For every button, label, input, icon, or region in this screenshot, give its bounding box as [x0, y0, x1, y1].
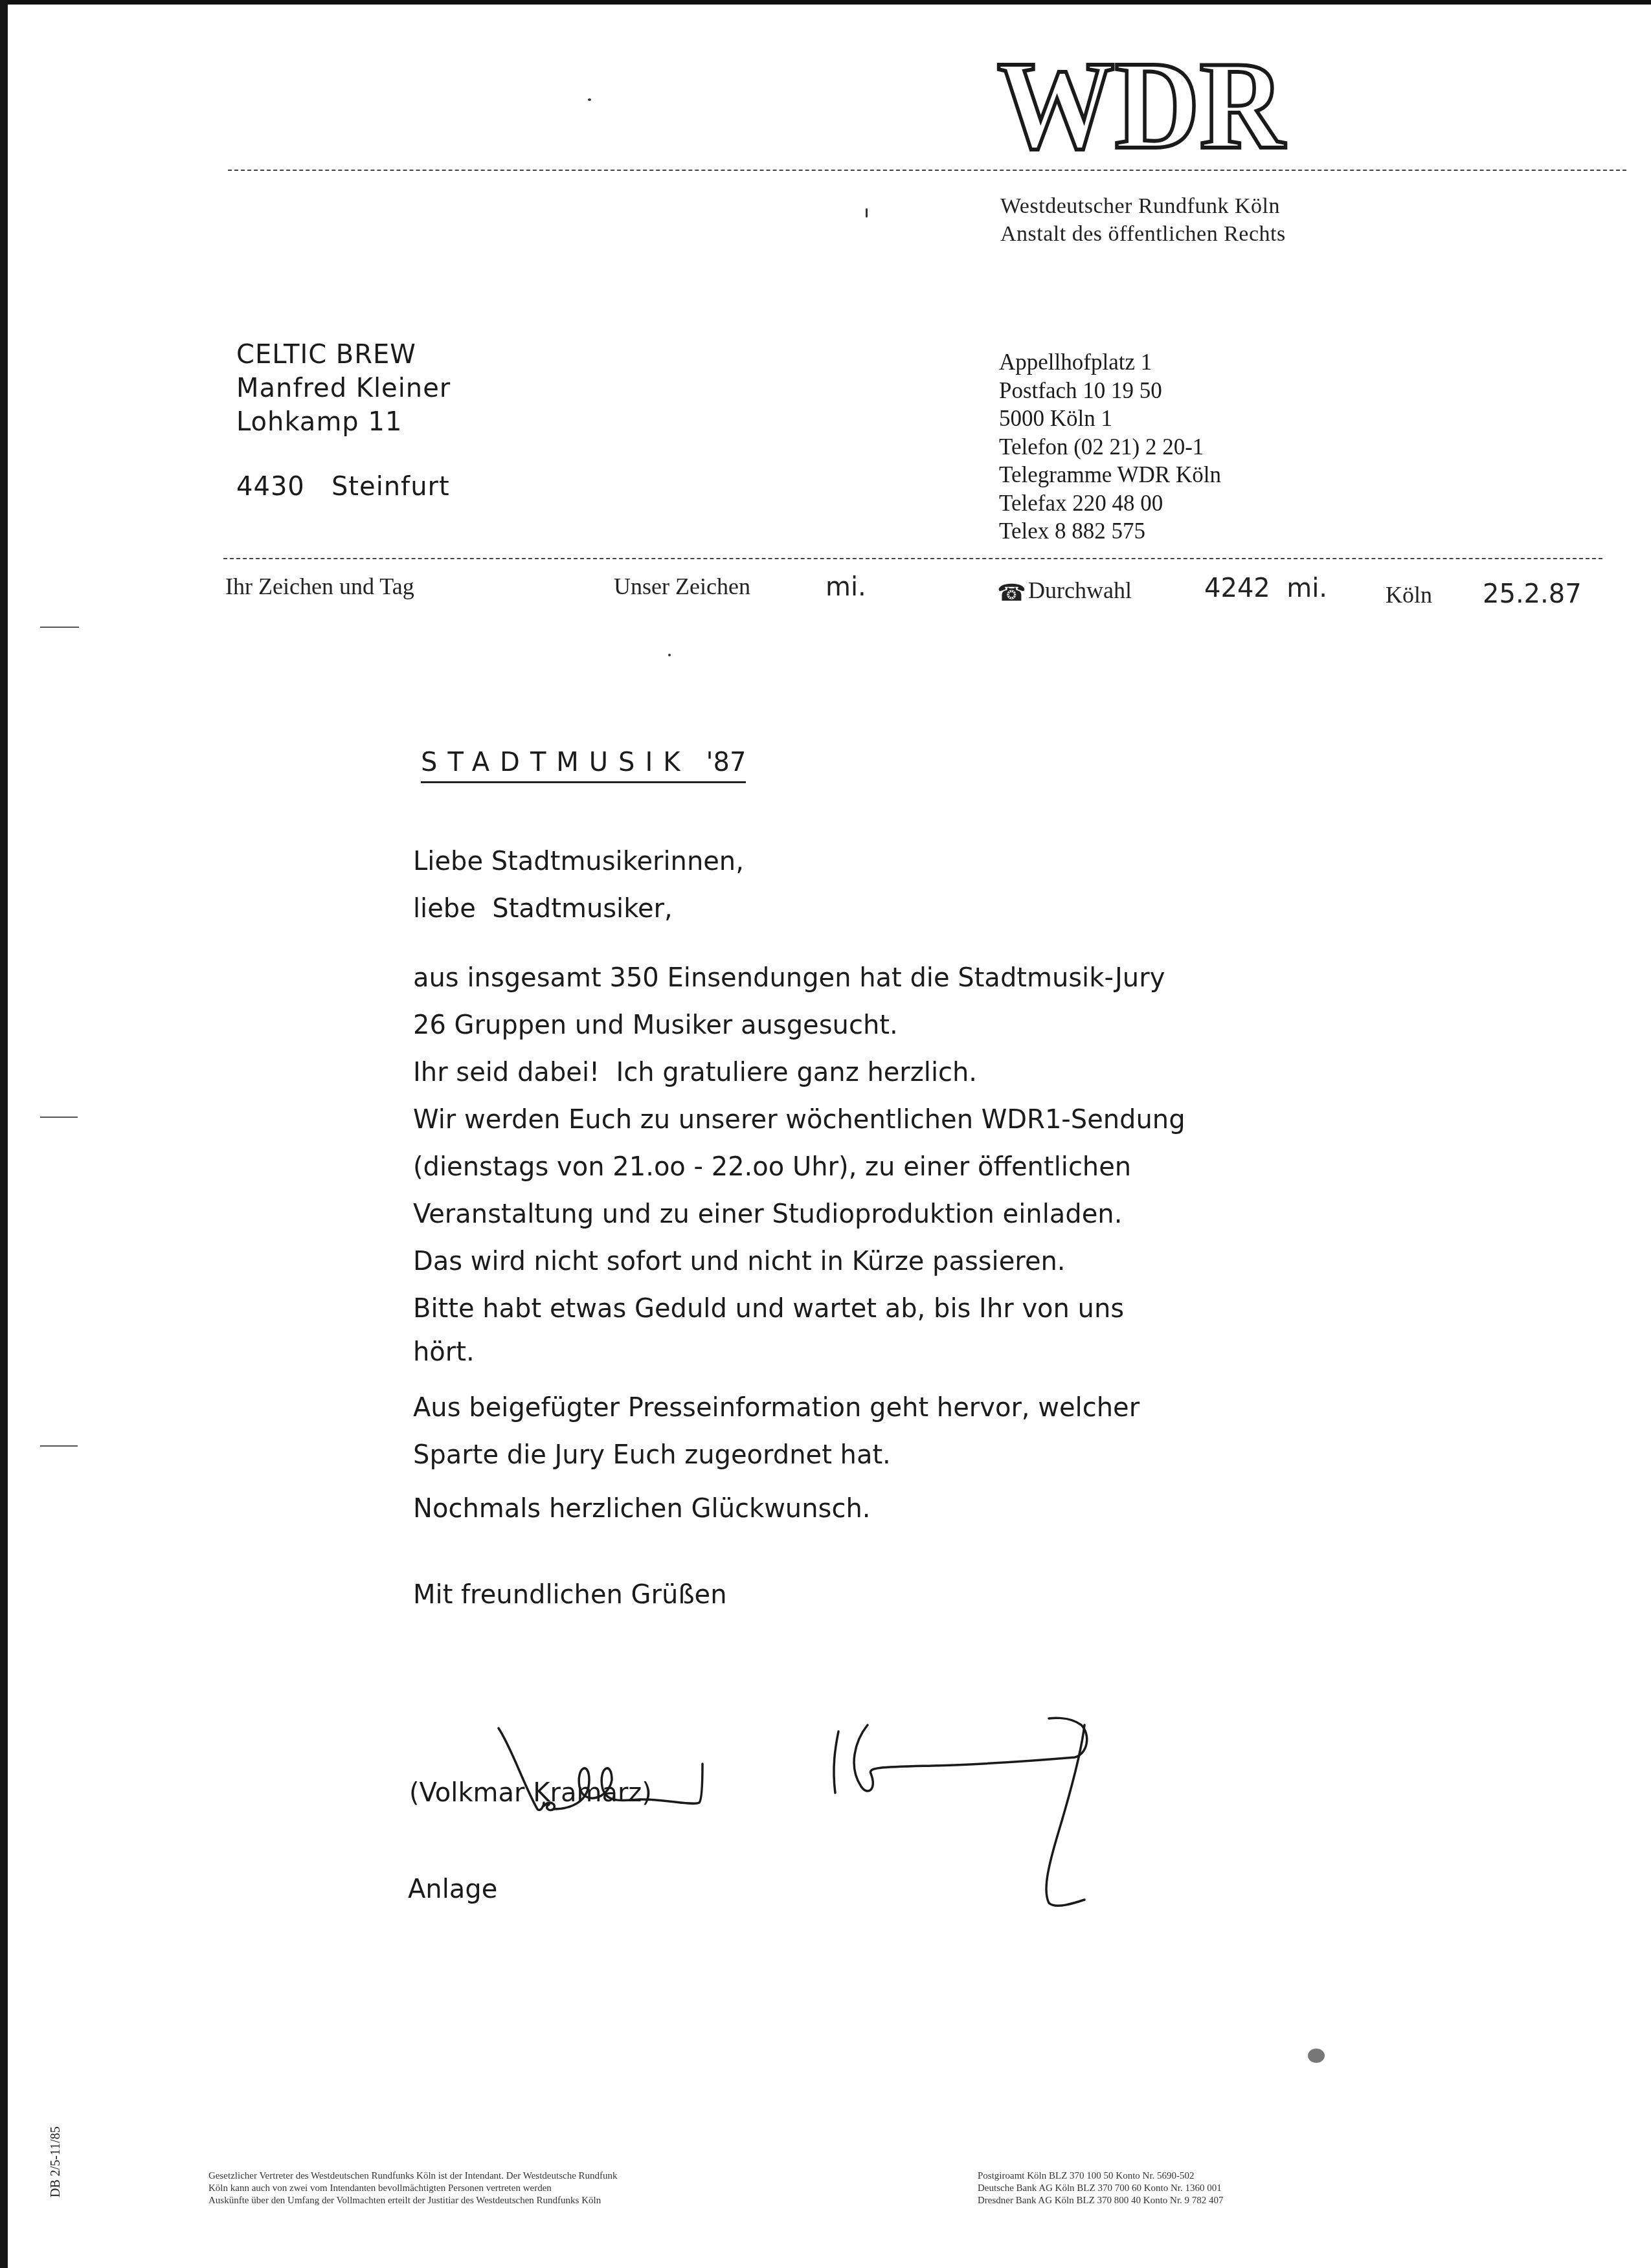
- letter-body: Liebe Stadtmusikerinnen, liebe Stadtmusi…: [413, 838, 1185, 1619]
- enclosure-label: Anlage: [408, 1874, 497, 1904]
- scan-speck: [588, 98, 591, 101]
- sender-contact: Appellhofplatz 1 Postfach 10 19 50 5000 …: [999, 348, 1221, 546]
- contact-telegram: Telegramme WDR Köln: [999, 461, 1221, 489]
- body-line: Sparte die Jury Euch zugeordnet hat.: [413, 1432, 1185, 1479]
- header-rule: [228, 170, 1626, 171]
- date: 25.2.87: [1483, 579, 1582, 609]
- form-code: DB 2/5-11/85: [49, 2126, 63, 2197]
- extension-value: 4242 mi.: [1204, 573, 1327, 603]
- recipient-company: CELTIC BREW: [236, 338, 451, 372]
- legal-line: Gesetzlicher Vertreter des Westdeutschen…: [208, 2170, 618, 2183]
- body-line: Wir werden Euch zu unserer wöchentlichen…: [413, 1096, 1185, 1144]
- contact-fax: Telefax 220 48 00: [999, 489, 1221, 518]
- contact-city: 5000 Köln 1: [999, 405, 1221, 433]
- body-line: 26 Gruppen und Musiker ausgesucht.: [413, 1002, 1185, 1049]
- handwritten-signature: [479, 1696, 1308, 1942]
- svg-text:WDR: WDR: [997, 45, 1286, 155]
- scan-speck: [668, 654, 671, 656]
- org-name: Westdeutscher Rundfunk Köln: [1000, 194, 1280, 219]
- body-line: (dienstags von 21.oo - 22.oo Uhr), zu ei…: [413, 1144, 1185, 1191]
- salutation-line: liebe Stadtmusiker,: [413, 885, 1185, 933]
- scan-speck: [1308, 2049, 1325, 2063]
- recipient-name: Manfred Kleiner: [236, 372, 451, 405]
- your-ref-label: Ihr Zeichen und Tag: [225, 573, 414, 600]
- bank-line: Postgiroamt Köln BLZ 370 100 50 Konto Nr…: [978, 2170, 1224, 2183]
- extension-label: Durchwahl: [1028, 577, 1132, 604]
- body-line: Veranstaltung und zu einer Studioprodukt…: [413, 1191, 1185, 1238]
- fold-mark: [40, 1117, 78, 1118]
- body-line: Das wird nicht sofort und nicht in Kürze…: [413, 1238, 1185, 1285]
- recipient-address: CELTIC BREW Manfred Kleiner Lohkamp 11 4…: [236, 338, 451, 504]
- bank-line: Deutsche Bank AG Köln BLZ 370 700 60 Kon…: [978, 2183, 1224, 2195]
- scan-edge-top: [0, 0, 1651, 5]
- telephone-icon: ☎: [997, 579, 1026, 606]
- contact-street: Appellhofplatz 1: [999, 348, 1221, 377]
- wdr-logo: WDR: [992, 45, 1290, 155]
- body-line: Aus beigefügter Presseinformation geht h…: [413, 1384, 1185, 1432]
- scan-speck: [866, 208, 868, 217]
- closing: Mit freundlichen Grüßen: [413, 1572, 1185, 1619]
- contact-postbox: Postfach 10 19 50: [999, 377, 1221, 405]
- bank-line: Dresdner Bank AG Köln BLZ 370 800 40 Kon…: [978, 2195, 1224, 2207]
- fold-mark: [40, 1445, 78, 1447]
- legal-line: Köln kann auch von zwei vom Intendanten …: [208, 2183, 618, 2195]
- subject-heading: STADTMUSIK'87: [421, 748, 746, 783]
- legal-notice: Gesetzlicher Vertreter des Westdeutschen…: [208, 2170, 618, 2207]
- org-type: Anstalt des öffentlichen Rechts: [1000, 222, 1286, 247]
- signer-name: (Volkmar Kramarz): [409, 1778, 652, 1808]
- body-line: hört.: [413, 1333, 1185, 1372]
- salutation-line: Liebe Stadtmusikerinnen,: [413, 838, 1185, 885]
- body-line: aus insgesamt 350 Einsendungen hat die S…: [413, 955, 1185, 1002]
- fold-mark: [40, 627, 79, 628]
- subject-year: '87: [706, 748, 747, 777]
- reference-rule: [223, 558, 1602, 559]
- body-line: Nochmals herzlichen Glückwunsch.: [413, 1485, 1185, 1533]
- body-line: Ihr seid dabei! Ich gratuliere ganz herz…: [413, 1049, 1185, 1096]
- recipient-city: 4430 Steinfurt: [236, 470, 451, 504]
- recipient-street: Lohkamp 11: [236, 405, 451, 439]
- scan-edge-left: [0, 0, 8, 2268]
- body-line: Bitte habt etwas Geduld und wartet ab, b…: [413, 1285, 1185, 1333]
- contact-telex: Telex 8 882 575: [999, 517, 1221, 546]
- place: Köln: [1386, 581, 1432, 608]
- subject-text: STADTMUSIK: [421, 748, 691, 777]
- bank-details: Postgiroamt Köln BLZ 370 100 50 Konto Nr…: [978, 2170, 1224, 2207]
- our-ref-value: mi.: [825, 572, 866, 602]
- legal-line: Auskünfte über den Umfang der Vollmachte…: [208, 2195, 618, 2207]
- contact-phone: Telefon (02 21) 2 20-1: [999, 433, 1221, 461]
- our-ref-label: Unser Zeichen: [614, 573, 750, 600]
